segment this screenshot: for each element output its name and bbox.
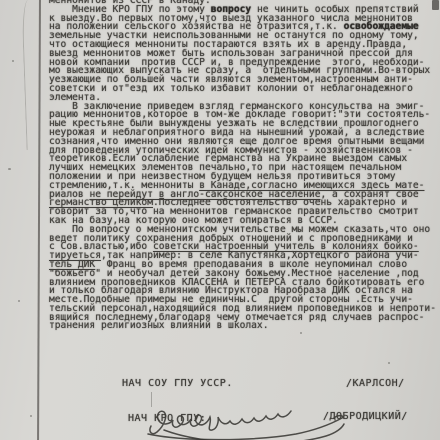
typewritten-text: меннонитов из СССР в Канаду. Мнение КРО … <box>49 0 439 331</box>
scanned-document-page: меннонитов из СССР в Канаду. Мнение КРО … <box>0 0 440 440</box>
paper-speck <box>12 60 14 62</box>
signatory-name-1: /КАРЛСОН/ <box>346 378 405 389</box>
paper-crease <box>21 0 37 150</box>
signatory-role-2: НАЧ КРО ГПУ: <box>128 413 206 424</box>
paper-speck <box>388 362 390 364</box>
text-line: советски и от"езд их только избавит коло… <box>49 85 439 94</box>
paper-speck <box>18 300 20 302</box>
margin-line <box>37 0 40 440</box>
signatory-role-1: НАЧ СОУ ГПУ УССР. <box>122 378 233 389</box>
paper-speck <box>30 415 32 417</box>
paper-speck <box>8 168 11 170</box>
text-line: транения религиозных влияний в школах. <box>49 322 439 331</box>
signatory-name-2: /ДОБРОДИЦКИЙ/ <box>323 411 408 422</box>
paper-speck <box>300 332 302 334</box>
